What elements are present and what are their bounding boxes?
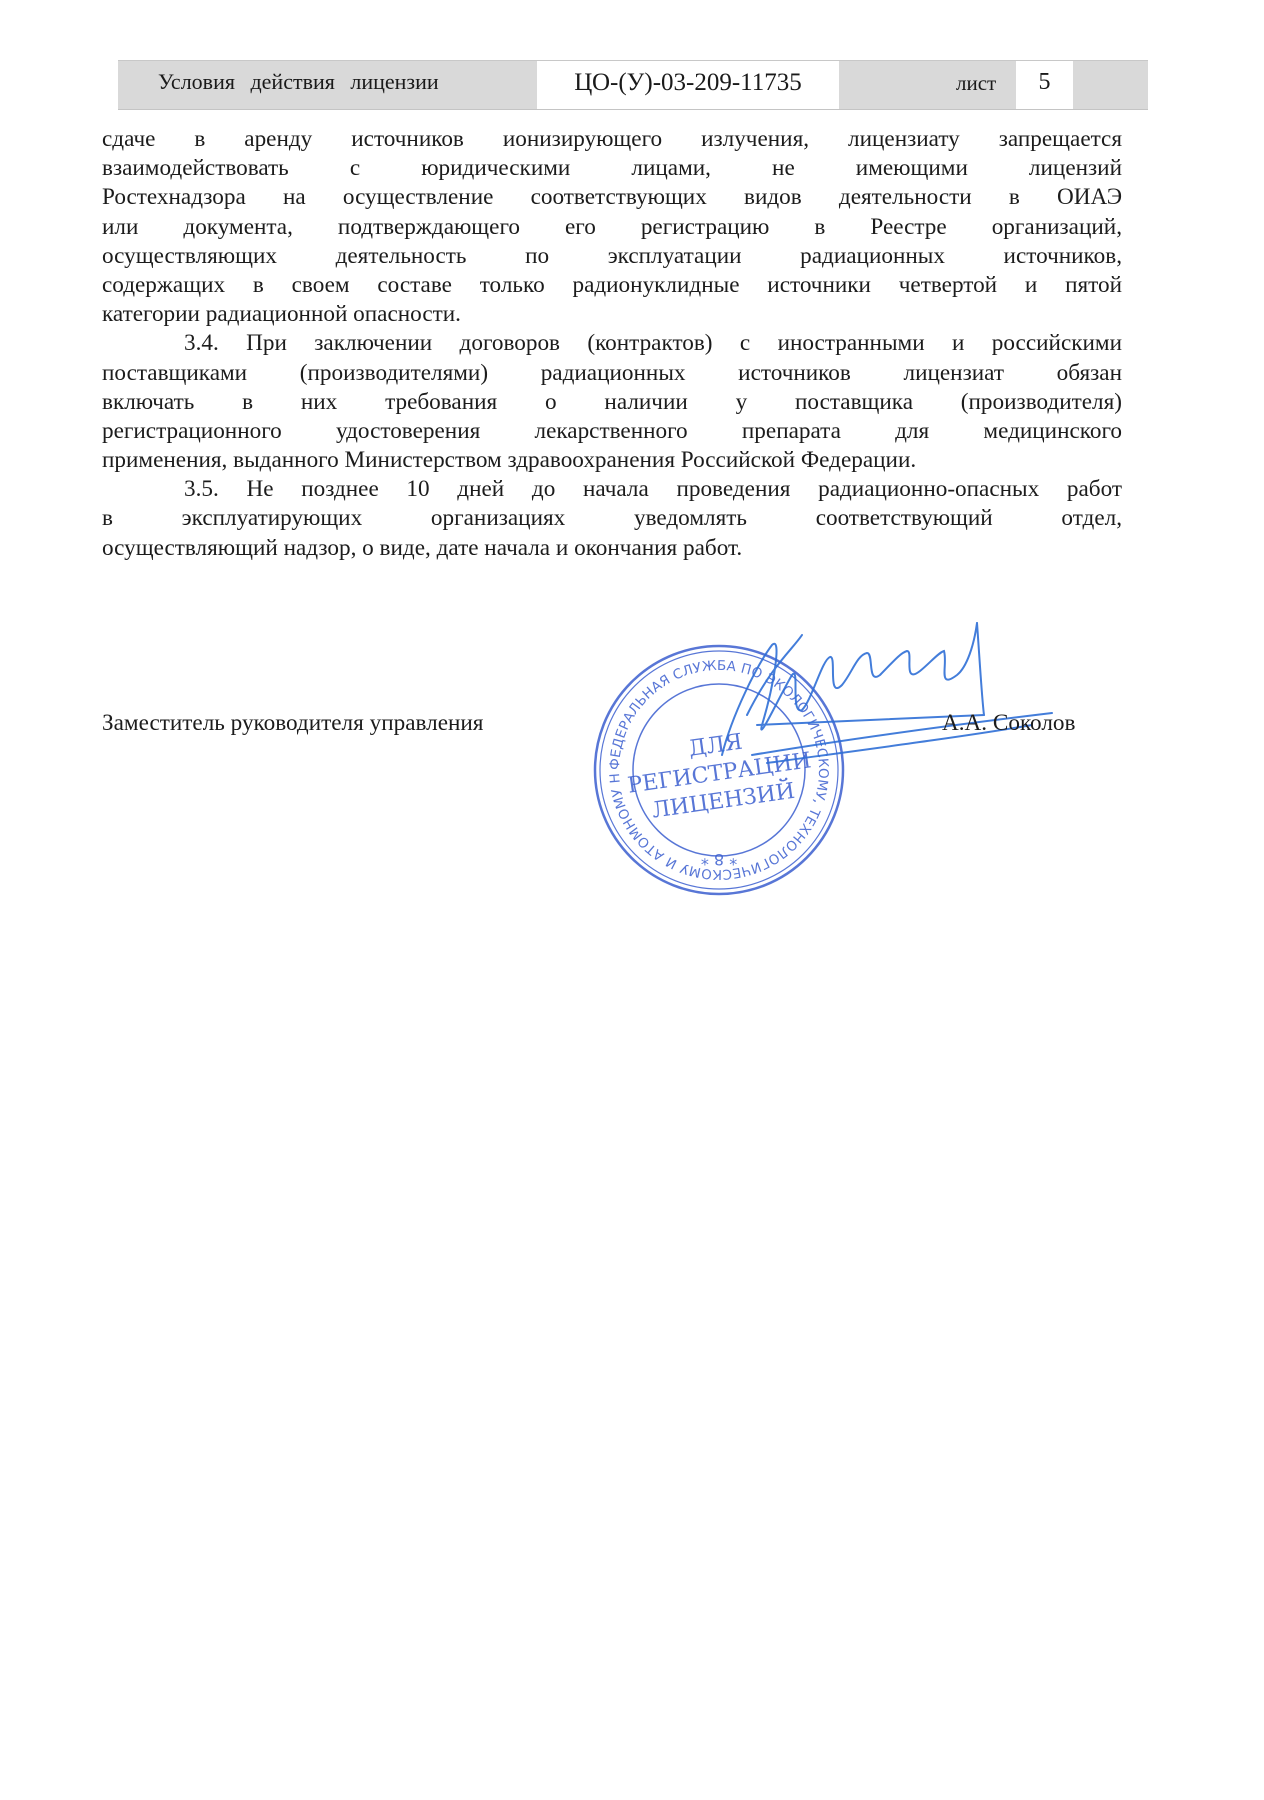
text-line: регистрационного удостоверения лекарстве… (102, 417, 1122, 446)
text-line: 3.5. Не позднее 10 дней до начала провед… (102, 475, 1122, 504)
paragraph-continued: сдаче в аренду источников ионизирующего … (102, 125, 1122, 329)
signature-block: Заместитель руководителя управления ФЕДЕ… (102, 710, 1122, 910)
header-title: Условия действия лицензии (158, 69, 439, 95)
sheet-number-box: 5 (1016, 61, 1073, 109)
document-header-bar: Условия действия лицензии ЦО-(У)-03-209-… (118, 60, 1148, 110)
text-line: или документа, подтверждающего его регис… (102, 213, 1122, 242)
text-line: взаимодействовать с юридическими лицами,… (102, 154, 1122, 183)
clause-3-4: 3.4. При заключении договоров (контракто… (102, 329, 1122, 475)
license-number: ЦО-(У)-03-209-11735 (537, 69, 839, 97)
text-line: сдаче в аренду источников ионизирующего … (102, 125, 1122, 154)
sheet-number: 5 (1016, 69, 1073, 96)
clause-3-5: 3.5. Не позднее 10 дней до начала провед… (102, 475, 1122, 563)
sheet-label: лист (956, 71, 996, 96)
handwritten-signature-icon (662, 605, 1102, 805)
license-number-box: ЦО-(У)-03-209-11735 (537, 61, 839, 109)
text-line: осуществляющих деятельность по эксплуата… (102, 242, 1122, 271)
text-line: в эксплуатирующих организациях уведомлят… (102, 504, 1122, 533)
text-line: 3.4. При заключении договоров (контракто… (102, 329, 1122, 358)
text-line: применения, выданного Министерством здра… (102, 446, 1122, 475)
signatory-position: Заместитель руководителя управления (102, 710, 483, 737)
text-line: категории радиационной опасности. (102, 300, 1122, 329)
stamp-bottom-text: * 8 * (701, 850, 737, 869)
text-line: содержащих в своем составе только радион… (102, 271, 1122, 300)
text-line: поставщиками (производителями) радиацион… (102, 359, 1122, 388)
text-line: включать в них требования о наличии у по… (102, 388, 1122, 417)
document-body: сдаче в аренду источников ионизирующего … (102, 125, 1122, 563)
text-line: осуществляющий надзор, о виде, дате нача… (102, 534, 1122, 563)
text-line: Ростехнадзора на осуществление соответст… (102, 183, 1122, 212)
signatory-name: А.А. Соколов (942, 710, 1075, 737)
